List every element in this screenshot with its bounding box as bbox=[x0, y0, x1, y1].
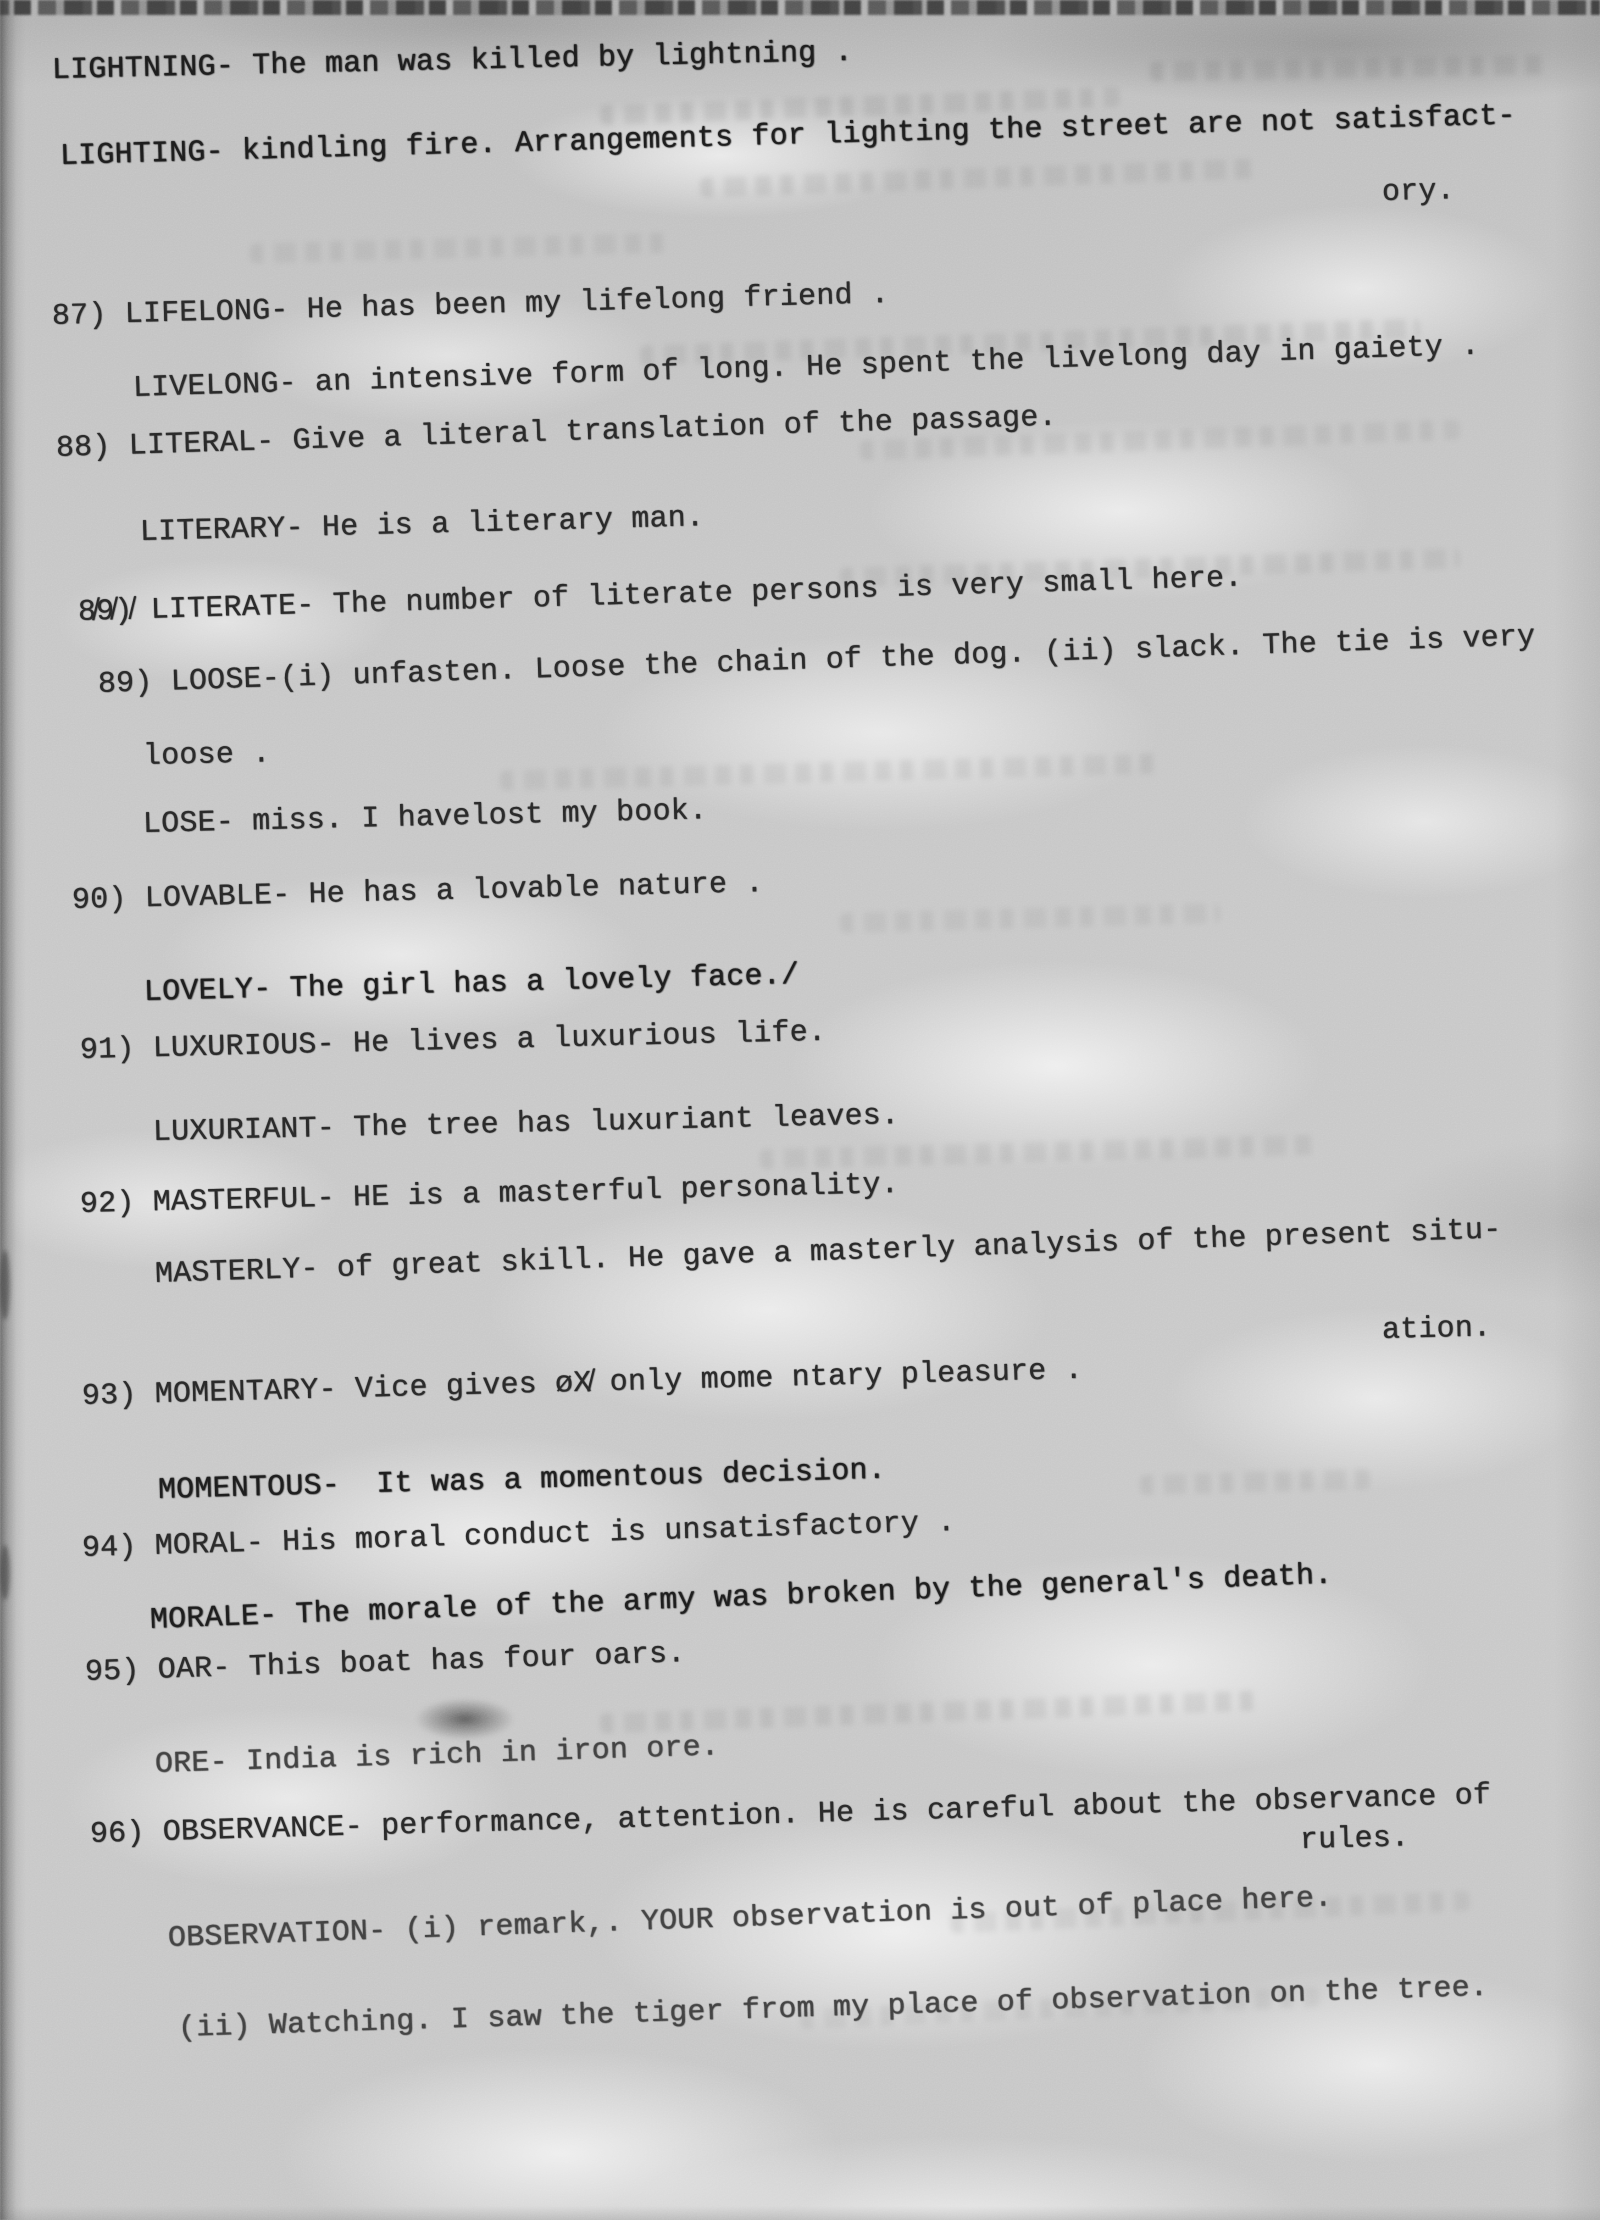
typed-line: LOSE- miss. I havelost my book. bbox=[143, 794, 708, 842]
typed-line: ORE- India is rich in iron ore. bbox=[154, 1730, 719, 1782]
typed-line: 96) OBSERVANCE- performance, attention. … bbox=[90, 1779, 1492, 1852]
typed-line: LUXURIANT- The tree has luxuriant leaves… bbox=[153, 1099, 900, 1150]
typed-line: 94) MORAL- His moral conduct is unsatisf… bbox=[81, 1506, 955, 1566]
typed-line: 90) LOVABLE- He has a lovable nature . bbox=[72, 867, 764, 918]
typed-line: MORALE- The morale of the army was broke… bbox=[149, 1559, 1333, 1638]
typed-line: 92) MASTERFUL- HE is a masterful persona… bbox=[80, 1168, 900, 1222]
typed-line: 88) LITERAL- Give a literal translation … bbox=[55, 401, 1057, 466]
typed-line: LIVELONG- an intensive form of long. He … bbox=[132, 330, 1479, 406]
typed-line: (ii) Watching. I saw the tiger from my p… bbox=[177, 1971, 1488, 2046]
typed-line: MOMENTOUS- It was a momentous decision. bbox=[158, 1454, 887, 1508]
typed-line: 87) LIFELONG- He has been my lifelong fr… bbox=[52, 278, 890, 334]
typed-line: 8̸9̸)̸ LITERATE- The number of literate … bbox=[77, 561, 1242, 630]
typed-line: 89) LOOSE-(i) unfasten. Loose the chain … bbox=[97, 620, 1535, 702]
typed-line: LIGHTING- kindling fire. Arrangements fo… bbox=[60, 99, 1517, 174]
typed-line: 91) LUXURIOUS- He lives a luxurious life… bbox=[80, 1016, 827, 1068]
typed-line: 93) MOMENTARY- Vice gives øX̸ only mome … bbox=[82, 1354, 1084, 1414]
typed-line: rules. bbox=[1300, 1821, 1410, 1858]
typed-line: ation. bbox=[1382, 1311, 1492, 1348]
typed-line: LITERARY- He is a literary man. bbox=[140, 501, 705, 550]
typewritten-text-layer: LIGHTNING- The man was killed by lightni… bbox=[0, 0, 1600, 2220]
scanned-document-page: LIGHTNING- The man was killed by lightni… bbox=[0, 0, 1600, 2220]
typed-line: LIGHTNING- The man was killed by lightni… bbox=[52, 36, 854, 88]
typed-line: loose . bbox=[143, 737, 271, 774]
typed-line: OBSERVATION- (i) remark,. YOUR observati… bbox=[167, 1881, 1332, 1956]
typed-line: ory. bbox=[1382, 174, 1456, 210]
typed-line: MASTERLY- of great skill. He gave a mast… bbox=[154, 1213, 1501, 1292]
typed-line: LOVELY- The girl has a lovely face./ bbox=[144, 959, 800, 1010]
typed-line: 95) OAR- This boat has four oars. bbox=[84, 1637, 685, 1690]
